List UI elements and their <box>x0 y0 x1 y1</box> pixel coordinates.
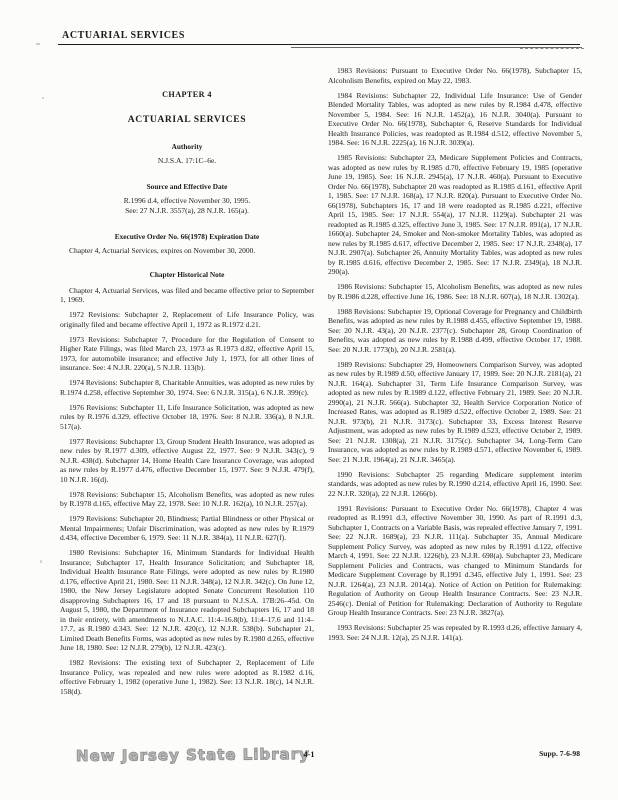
historical-paragraph: Chapter 4, Actuarial Services, was filed… <box>60 286 314 305</box>
chapter-title: ACTUARIAL SERVICES <box>60 114 314 125</box>
chapter-label: CHAPTER 4 <box>60 90 314 99</box>
authority-citation: N.J.S.A. 17:1C–6e. <box>60 156 314 165</box>
historical-paragraph: 1979 Revisions: Subchapter 20, Blindness… <box>60 514 314 543</box>
historical-paragraph: 1988 Revisions: Subchapter 19, Optional … <box>328 307 582 355</box>
source-line-2: See: 27 N.J.R. 3557(a), 28 N.J.R. 165(a)… <box>60 206 314 215</box>
historical-paragraph: 1985 Revisions: Subchapter 23, Medicare … <box>328 153 582 277</box>
historical-paragraph: 1972 Revisions: Subchapter 2, Replacemen… <box>60 310 314 329</box>
left-column-paragraphs: Chapter 4, Actuarial Services, was filed… <box>60 286 314 697</box>
header-rule <box>62 44 582 50</box>
historical-paragraph: 1982 Revisions: The existing text of Sub… <box>60 658 314 696</box>
scan-speck <box>36 43 40 45</box>
supplement-date: Supp. 7-6-98 <box>539 749 580 758</box>
historical-paragraph: 1973 Revisions: Subchapter 7, Procedure … <box>60 335 314 373</box>
authority-heading: Authority <box>60 142 314 151</box>
historical-paragraph: 1983 Revisions: Pursuant to Executive Or… <box>328 66 582 85</box>
historical-paragraph: 1984 Revisions: Subchapter 22, Individua… <box>328 91 582 148</box>
header-rule-line <box>58 44 580 45</box>
historical-paragraph: 1980 Revisions: Subchapter 16, Minimum S… <box>60 548 314 653</box>
source-effective-date-heading: Source and Effective Date <box>60 182 314 191</box>
document-page: ACTUARIAL SERVICES CHAPTER 4 ACTUARIAL S… <box>0 0 618 800</box>
header-rule-scan-artifact-2 <box>520 48 584 49</box>
historical-paragraph: 1990 Revisions: Subchapter 25 regarding … <box>328 470 582 499</box>
left-column: CHAPTER 4 ACTUARIAL SERVICES Authority N… <box>60 66 314 696</box>
historical-paragraph: 1976 Revisions: Subchapter 11, Life Insu… <box>60 403 314 432</box>
expiration-date-heading: Executive Order No. 66(1978) Expiration … <box>60 232 314 241</box>
right-column: 1983 Revisions: Pursuant to Executive Or… <box>328 66 582 696</box>
expiration-text: Chapter 4, Actuarial Services, expires o… <box>60 246 314 256</box>
right-column-paragraphs: 1983 Revisions: Pursuant to Executive Or… <box>328 66 582 642</box>
historical-paragraph: 1986 Revisions: Subchapter 15, Alcoholis… <box>328 282 582 301</box>
two-column-content: CHAPTER 4 ACTUARIAL SERVICES Authority N… <box>60 66 582 696</box>
historical-paragraph: 1989 Revisions: Subchapter 29, Homeowner… <box>328 360 582 465</box>
historical-paragraph: 1974 Revisions: Subchapter 8, Charitable… <box>60 378 314 397</box>
historical-note-heading: Chapter Historical Note <box>60 270 314 279</box>
page-header: ACTUARIAL SERVICES <box>62 30 582 50</box>
historical-paragraph: 1991 Revisions: Pursuant to Executive Or… <box>328 504 582 618</box>
page-footer: New Jersey State Library 4-1 Supp. 7-6-9… <box>0 740 618 800</box>
scan-speck <box>42 97 44 99</box>
historical-paragraph: 1993 Revisions: Subchapter 25 was repeal… <box>328 623 582 642</box>
running-header-title: ACTUARIAL SERVICES <box>62 30 582 41</box>
source-line-1: R.1996 d.4, effective November 30, 1995. <box>60 196 314 205</box>
scan-speck <box>40 560 42 563</box>
historical-paragraph: 1977 Revisions: Subchapter 13, Group Stu… <box>60 437 314 485</box>
historical-paragraph: 1978 Revisions: Subchapter 15, Alcoholis… <box>60 490 314 509</box>
page-number: 4-1 <box>0 750 618 759</box>
